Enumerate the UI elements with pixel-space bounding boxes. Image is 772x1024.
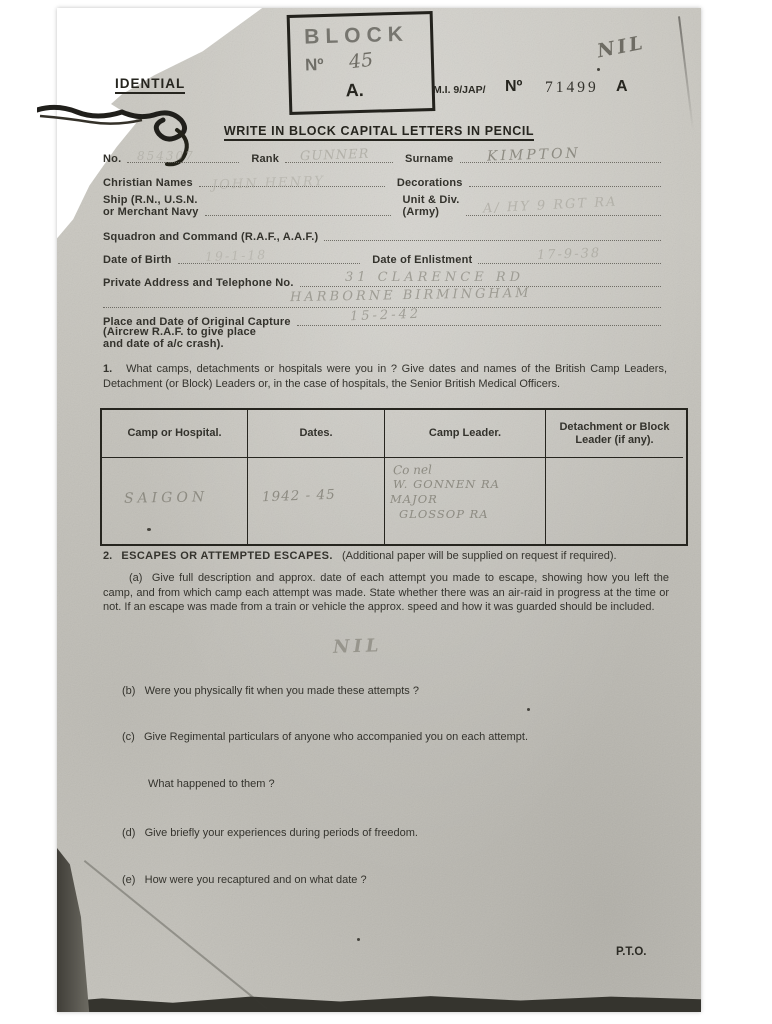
question-1: 1. What camps, detachments or hospitals … xyxy=(103,362,667,391)
ship-field-line xyxy=(205,203,391,216)
paper-stain xyxy=(597,68,600,71)
dob-label: Date of Birth xyxy=(103,254,172,266)
question-2e-text: How were you recaptured and on what date… xyxy=(145,874,367,886)
question-1-text: What camps, detachments or hospitals wer… xyxy=(103,363,667,390)
table-header-camp: Camp or Hospital. xyxy=(102,410,248,458)
question-2d-text: Give briefly your experiences during per… xyxy=(145,827,418,839)
leader-handwriting-line3: MAJOR xyxy=(390,492,541,507)
squadron-label: Squadron and Command (R.A.F., A.A.F.) xyxy=(103,231,318,243)
rank-value-handwriting: GUNNER xyxy=(300,147,370,164)
scanned-pow-questionnaire: IDENTIAL BLOCK Nº 45 A. M.I. 9/JAP/ Nº 7… xyxy=(0,0,772,1024)
row-squadron: Squadron and Command (R.A.F., A.A.F.) xyxy=(103,228,665,243)
unit-div-label-line2: (Army) xyxy=(403,206,460,218)
question-2b-text: Were you physically fit when you made th… xyxy=(145,685,419,697)
table-cell-detachment xyxy=(546,458,683,544)
confidential-label: IDENTIAL xyxy=(115,76,185,94)
question-2-number: 2. xyxy=(103,550,112,562)
stamp-letter: A. xyxy=(345,80,364,101)
table-cell-camp: SAIGON xyxy=(102,458,248,544)
title-wrap: WRITE IN BLOCK CAPITAL LETTERS IN PENCIL xyxy=(57,122,701,141)
mi-reference: M.I. 9/JAP/ xyxy=(433,84,486,96)
ship-label-line1: Ship (R.N., U.S.N. xyxy=(103,194,199,206)
no-value-handwriting: 854307 xyxy=(137,149,195,163)
page-edge-bottom xyxy=(57,990,701,1012)
stamp-no-label: Nº xyxy=(305,55,324,76)
question-2a-text: Give full description and approx. date o… xyxy=(103,572,669,613)
question-2e-label: (e) xyxy=(122,874,135,886)
table-cell-dates: 1942 - 45 xyxy=(248,458,385,544)
page-edge-left xyxy=(57,848,103,1012)
table-header-dates: Dates. xyxy=(248,410,385,458)
block-stamp: BLOCK Nº 45 A. xyxy=(287,11,436,115)
question-2e: (e) How were you recaptured and on what … xyxy=(122,873,662,888)
stamp-block-word: BLOCK xyxy=(304,23,409,50)
question-2a-label: (a) xyxy=(129,572,142,584)
table-header-detachment: Detachment or Block Leader (if any). xyxy=(546,410,683,458)
question-2d-label: (d) xyxy=(122,827,135,839)
address-line1-handwriting: 31 CLARENCE RD xyxy=(345,270,524,285)
capture-note-line2: and date of a/c crash). xyxy=(103,338,224,350)
serial-no-symbol: Nº xyxy=(505,78,522,96)
page-title: WRITE IN BLOCK CAPITAL LETTERS IN PENCIL xyxy=(224,124,534,141)
christian-names-label: Christian Names xyxy=(103,177,193,189)
question-2-title: ESCAPES OR ATTEMPTED ESCAPES. xyxy=(121,550,332,562)
question-2d: (d) Give briefly your experiences during… xyxy=(122,826,662,841)
serial-suffix: A xyxy=(616,78,628,96)
enlistment-label: Date of Enlistment xyxy=(372,254,472,266)
leader-handwriting-line4: GLOSSOP RA xyxy=(399,507,541,522)
unit-div-label-line1: Unit & Div. xyxy=(403,194,460,206)
rank-label: Rank xyxy=(251,153,279,165)
table-cell-leader: Co nel W. GONNEN RA MAJOR GLOSSOP RA xyxy=(385,458,546,544)
decorations-label: Decorations xyxy=(397,177,463,189)
serial-number: 71499 xyxy=(545,79,599,97)
surname-value-handwriting: KIMPTON xyxy=(487,145,581,164)
paper-stain xyxy=(357,938,360,941)
question-2b-label: (b) xyxy=(122,685,135,697)
leader-handwriting-line2: W. GONNEN RA xyxy=(393,477,541,492)
question-1-number: 1. xyxy=(103,363,112,375)
dates-handwriting: 1942 - 45 xyxy=(262,487,336,506)
nil-answer-handwriting: NIL xyxy=(333,635,383,658)
address-label: Private Address and Telephone No. xyxy=(103,277,294,289)
capture-date-handwriting: 15-2-42 xyxy=(350,307,422,324)
camp-handwriting: SAIGON xyxy=(124,489,208,506)
stamp-no-value: 45 xyxy=(348,49,375,74)
question-2c-followup-text: What happened to them ? xyxy=(148,778,275,790)
question-2c-text: Give Regimental particulars of anyone wh… xyxy=(144,731,528,743)
question-2-heading: 2. ESCAPES OR ATTEMPTED ESCAPES. (Additi… xyxy=(103,549,667,564)
question-2c-label: (c) xyxy=(122,731,135,743)
pto-label: P.T.O. xyxy=(616,946,646,958)
dob-handwriting: 19-1-18 xyxy=(205,247,268,264)
squadron-field-line xyxy=(324,228,661,241)
question-2-note: (Additional paper will be supplied on re… xyxy=(342,550,617,562)
camps-table: Camp or Hospital. Dates. Camp Leader. De… xyxy=(100,408,688,546)
row-christian-decorations: Christian Names Decorations xyxy=(103,174,665,189)
leader-handwriting-line1: Co nel xyxy=(393,461,541,479)
ship-label-line2: or Merchant Navy xyxy=(103,206,199,218)
crease-line xyxy=(678,16,694,130)
no-label: No. xyxy=(103,153,121,165)
enlistment-handwriting: 17-9-38 xyxy=(537,246,602,263)
table-header-leader: Camp Leader. xyxy=(385,410,546,458)
capture-note-line1: (Aircrew R.A.F. to give place xyxy=(103,326,256,338)
question-2c-followup: What happened to them ? xyxy=(148,777,548,792)
decorations-field-line xyxy=(469,174,661,187)
question-2c: (c) Give Regimental particulars of anyon… xyxy=(122,730,662,745)
surname-label: Surname xyxy=(405,153,453,165)
question-2b: (b) Were you physically fit when you mad… xyxy=(122,684,662,699)
paper-stain xyxy=(527,708,530,711)
question-2a: (a) Give full description and approx. da… xyxy=(103,571,669,615)
